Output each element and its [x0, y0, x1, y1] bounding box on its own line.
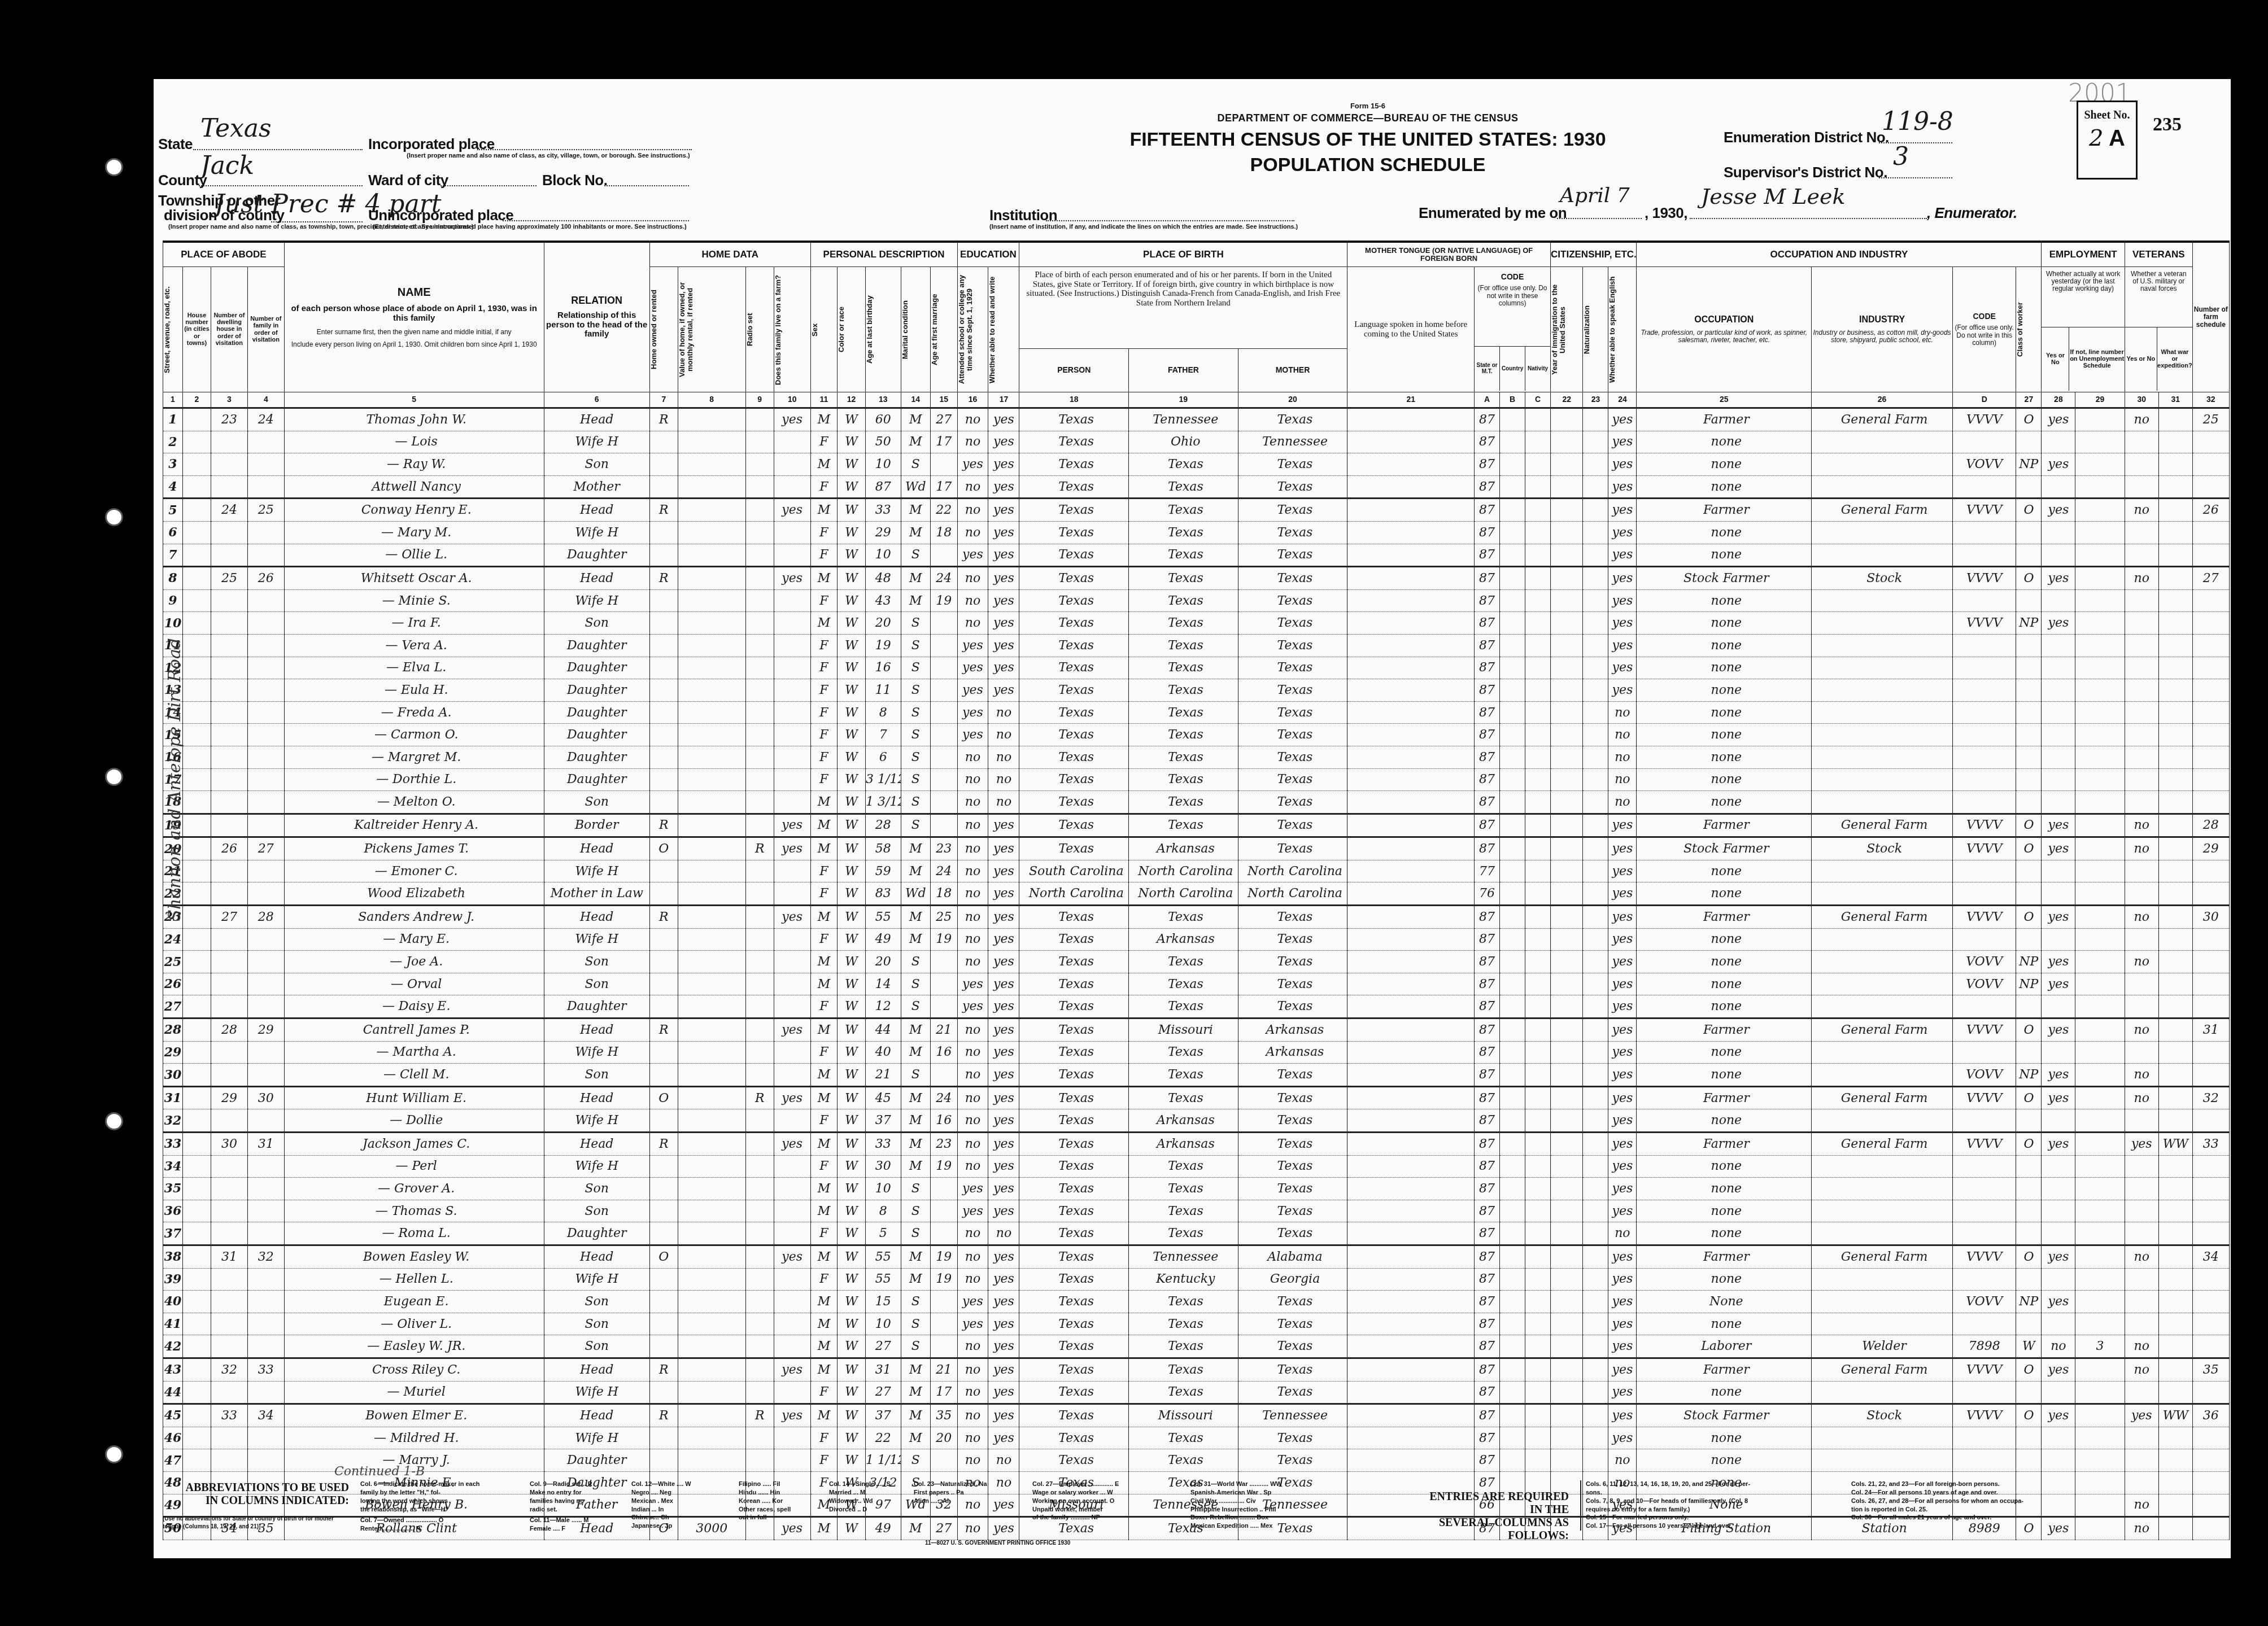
- footer-line: First papers .. Pa: [914, 1489, 987, 1497]
- supervisor-district-label: Supervisor's District No.: [1724, 164, 1887, 181]
- col-27-header: Class of worker: [2016, 271, 2024, 388]
- marital-status: S: [901, 1200, 930, 1222]
- occupation: none: [1637, 1449, 1812, 1472]
- industry-code: VVVV: [1952, 1133, 2016, 1156]
- birthplace-father: Texas: [1129, 1358, 1238, 1381]
- farm: [774, 724, 810, 746]
- relation: Son: [544, 1291, 649, 1313]
- birthplace-person: Texas: [1019, 1086, 1129, 1109]
- employed: [2042, 1109, 2075, 1133]
- birthplace-father: Texas: [1129, 746, 1238, 768]
- farm: [774, 475, 810, 499]
- birthplace-father: Arkansas: [1129, 1109, 1238, 1133]
- war: [2158, 1178, 2192, 1200]
- age-first-marriage: 24: [930, 860, 957, 882]
- radio-set: [745, 408, 774, 431]
- relation: Son: [544, 1064, 649, 1087]
- farm-schedule: [2192, 1041, 2229, 1064]
- unemployment-line: 3: [2075, 1335, 2125, 1358]
- unemployment-line: [2075, 701, 2125, 724]
- empty-cell: [1347, 1268, 1475, 1291]
- industry-code: VVVV: [1952, 1245, 2016, 1268]
- birthplace-mother: Texas: [1238, 475, 1347, 499]
- war: [2158, 701, 2192, 724]
- radio-set: [745, 544, 774, 567]
- family-number: 34: [247, 1404, 284, 1427]
- table-row: 383132Bowen Easley W.HeadOyesMW55M19noye…: [163, 1245, 2230, 1268]
- home-value: [678, 1200, 745, 1222]
- line-number: 44: [163, 1381, 183, 1404]
- occupation: none: [1637, 1155, 1812, 1178]
- column-number: 14: [901, 392, 930, 408]
- empty-cell: [1500, 679, 1525, 702]
- veteran: [2125, 431, 2158, 453]
- birthplace-father: Arkansas: [1129, 928, 1238, 951]
- farm-schedule: [2192, 768, 2229, 791]
- empty-cell: [182, 408, 211, 431]
- occupation: none: [1637, 1109, 1812, 1133]
- table-row: 27— Daisy E.DaughterFW12SyesyesTexasTexa…: [163, 995, 2230, 1019]
- farm: yes: [774, 1019, 810, 1042]
- relation: Wife H: [544, 589, 649, 612]
- school: no: [957, 1086, 988, 1109]
- industry: General Farm: [1812, 1245, 1953, 1268]
- name-header-note1: Enter surname first, then the given name…: [285, 329, 544, 336]
- dwelling-number: [211, 724, 247, 746]
- footer-line: Col. 24—For all persons 10 years of age …: [1851, 1489, 2023, 1497]
- occupation: none: [1637, 791, 1812, 814]
- person-name: — Vera A.: [284, 634, 544, 657]
- dwelling-number: [211, 1041, 247, 1064]
- speaks-english: yes: [1608, 1291, 1637, 1313]
- footer-line: Mexican Expedition ..... Mex: [1190, 1522, 1282, 1531]
- veteran: [2125, 928, 2158, 951]
- birthplace-person: Texas: [1019, 431, 1129, 453]
- empty-cell: [1500, 408, 1525, 431]
- age-first-marriage: 18: [930, 521, 957, 544]
- speaks-english: yes: [1608, 1358, 1637, 1381]
- speaks-english: yes: [1608, 928, 1637, 951]
- industry: [1812, 431, 1953, 453]
- table-row: 14— Freda A.DaughterFW8SyesnoTexasTexasT…: [163, 701, 2230, 724]
- empty-cell: [1551, 860, 1583, 882]
- group-occupation-industry: OCCUPATION AND INDUSTRY: [1637, 242, 2042, 267]
- birthplace-father: Texas: [1129, 499, 1238, 522]
- col-29-header: If not, line number on Unemployment Sche…: [2069, 327, 2124, 391]
- dwelling-number: [211, 1313, 247, 1335]
- relation: Head: [544, 1086, 649, 1109]
- read-write: yes: [988, 431, 1019, 453]
- relation: Daughter: [544, 1449, 649, 1472]
- class-of-worker: [2016, 1178, 2042, 1200]
- empty-cell: [1551, 1381, 1583, 1404]
- department-title: DEPARTMENT OF COMMERCE—BUREAU OF THE CEN…: [1085, 112, 1650, 124]
- school: yes: [957, 1178, 988, 1200]
- person-name: Pickens James T.: [284, 837, 544, 860]
- table-row: 22Wood ElizabethMother in LawFW83Wd18noy…: [163, 882, 2230, 906]
- empty-cell: [1500, 1133, 1525, 1156]
- war: [2158, 453, 2192, 476]
- empty-cell: [1551, 1245, 1583, 1268]
- read-write: yes: [988, 1381, 1019, 1404]
- occupation: Stock Farmer: [1637, 837, 1812, 860]
- veteran: [2125, 882, 2158, 906]
- abbreviations-note: [Use no abbreviations for State or count…: [163, 1515, 349, 1531]
- occupation: none: [1637, 544, 1812, 567]
- school: yes: [957, 1200, 988, 1222]
- institution-note: (Insert name of institution, if any, and…: [989, 224, 1298, 230]
- empty-cell: [1500, 1041, 1525, 1064]
- dwelling-number: [211, 951, 247, 973]
- empty-cell: [1500, 431, 1525, 453]
- war: [2158, 1155, 2192, 1178]
- empty-cell: [1500, 951, 1525, 973]
- footer-line: Widowed .. Wd: [829, 1497, 891, 1506]
- veteran: no: [2125, 906, 2158, 929]
- empty-cell: [1525, 746, 1551, 768]
- relation: Daughter: [544, 746, 649, 768]
- employed: [2042, 768, 2075, 791]
- sheet-number: 2 A: [2078, 125, 2136, 151]
- race: W: [838, 1086, 866, 1109]
- empty-cell: [182, 521, 211, 544]
- home-owned-rented: [649, 589, 678, 612]
- farm-schedule: [2192, 679, 2229, 702]
- family-number: [247, 1178, 284, 1200]
- industry-code: VVVV: [1952, 612, 2016, 635]
- war: [2158, 995, 2192, 1019]
- war: [2158, 1086, 2192, 1109]
- birthplace-father: Texas: [1129, 1427, 1238, 1449]
- birthplace-father: Texas: [1129, 1335, 1238, 1358]
- birthplace-father: Texas: [1129, 1449, 1238, 1472]
- column-number: 25: [1637, 392, 1812, 408]
- race: W: [838, 1381, 866, 1404]
- family-number: [247, 634, 284, 657]
- empty-cell: [1583, 837, 1608, 860]
- farm-schedule: 33: [2192, 1133, 2229, 1156]
- empty-cell: [1525, 679, 1551, 702]
- dwelling-number: 30: [211, 1133, 247, 1156]
- speaks-english: yes: [1608, 1268, 1637, 1291]
- class-of-worker: [2016, 1155, 2042, 1178]
- home-owned-rented: [649, 724, 678, 746]
- read-write: yes: [988, 1358, 1019, 1381]
- col-12-header: Color or race: [838, 271, 845, 388]
- age-first-marriage: 23: [930, 837, 957, 860]
- class-of-worker: O: [2016, 499, 2042, 522]
- read-write: yes: [988, 837, 1019, 860]
- empty-cell: [1583, 567, 1608, 590]
- column-number: 3: [211, 392, 247, 408]
- empty-cell: [1583, 431, 1608, 453]
- read-write: yes: [988, 906, 1019, 929]
- relation: Mother in Law: [544, 882, 649, 906]
- read-write: yes: [988, 589, 1019, 612]
- war: [2158, 1222, 2192, 1245]
- home-owned-rented: [649, 1109, 678, 1133]
- farm-schedule: [2192, 995, 2229, 1019]
- home-value: [678, 657, 745, 679]
- sex: M: [810, 1019, 837, 1042]
- place-of-birth-note: Place of birth of each person enumerated…: [1019, 267, 1347, 349]
- home-owned-rented: [649, 951, 678, 973]
- state-code: 77: [1475, 860, 1500, 882]
- empty-cell: [1583, 1041, 1608, 1064]
- race: W: [838, 951, 866, 973]
- unemployment-line: [2075, 589, 2125, 612]
- sex: M: [810, 814, 837, 837]
- footer-line: Negro .... Neg: [631, 1489, 691, 1497]
- race: W: [838, 499, 866, 522]
- school: no: [957, 431, 988, 453]
- state-code: 87: [1475, 679, 1500, 702]
- occupation: Farmer: [1637, 1019, 1812, 1042]
- binder-hole-icon: [105, 508, 123, 526]
- read-write: yes: [988, 1200, 1019, 1222]
- employed: [2042, 701, 2075, 724]
- home-owned-rented: [649, 1064, 678, 1087]
- state-code: 87: [1475, 814, 1500, 837]
- relation: Head: [544, 837, 649, 860]
- empty-cell: [1500, 1404, 1525, 1427]
- age-first-marriage: 25: [930, 906, 957, 929]
- birthplace-person: Texas: [1019, 768, 1129, 791]
- empty-cell: [1525, 1313, 1551, 1335]
- industry: [1812, 1109, 1953, 1133]
- read-write: yes: [988, 1064, 1019, 1087]
- industry: [1812, 701, 1953, 724]
- industry-code: [1952, 1200, 2016, 1222]
- class-of-worker: [2016, 1313, 2042, 1335]
- veteran: yes: [2125, 1404, 2158, 1427]
- read-write: yes: [988, 567, 1019, 590]
- table-row: 312930Hunt William E.HeadORyesMW45M24noy…: [163, 1086, 2230, 1109]
- empty-cell: [1551, 1335, 1583, 1358]
- occupation: none: [1637, 431, 1812, 453]
- birthplace-father: Texas: [1129, 453, 1238, 476]
- industry-code: VOVV: [1952, 1064, 2016, 1087]
- footer-line: lowing the word which shows: [360, 1497, 480, 1506]
- farm-schedule: 34: [2192, 1245, 2229, 1268]
- industry-code: [1952, 724, 2016, 746]
- empty-cell: [1525, 882, 1551, 906]
- sex: F: [810, 475, 837, 499]
- group-place-of-abode: PLACE OF ABODE: [163, 242, 285, 267]
- class-of-worker: [2016, 521, 2042, 544]
- speaks-english: yes: [1608, 1200, 1637, 1222]
- col-13-header: Age at last birthday: [866, 271, 874, 388]
- farm-schedule: [2192, 1268, 2229, 1291]
- farm-schedule: [2192, 1291, 2229, 1313]
- state-code: 87: [1475, 1133, 1500, 1156]
- family-number: [247, 612, 284, 635]
- radio-set: [745, 475, 774, 499]
- birthplace-person: Texas: [1019, 928, 1129, 951]
- industry: [1812, 791, 1953, 814]
- person-name: Attwell Nancy: [284, 475, 544, 499]
- occupation: none: [1637, 1178, 1812, 1200]
- relation: Head: [544, 1245, 649, 1268]
- occupation: none: [1637, 1268, 1812, 1291]
- column-number: 32: [2192, 392, 2229, 408]
- industry-code: VVVV: [1952, 408, 2016, 431]
- farm: yes: [774, 1086, 810, 1109]
- sex: F: [810, 746, 837, 768]
- birthplace-person: South Carolina: [1019, 860, 1129, 882]
- line-number: 6: [163, 521, 183, 544]
- farm: [774, 860, 810, 882]
- industry-code: [1952, 746, 2016, 768]
- radio-set: [745, 567, 774, 590]
- birthplace-person: Texas: [1019, 724, 1129, 746]
- dwelling-number: 24: [211, 499, 247, 522]
- home-value: [678, 589, 745, 612]
- col-7-header: Home owned or rented: [650, 271, 658, 388]
- family-number: [247, 1155, 284, 1178]
- empty-cell: [1583, 1381, 1608, 1404]
- read-write: yes: [988, 1155, 1019, 1178]
- radio-set: [745, 814, 774, 837]
- state-code: 87: [1475, 995, 1500, 1019]
- column-number: 29: [2075, 392, 2125, 408]
- birthplace-father: Texas: [1129, 657, 1238, 679]
- empty-cell: [1347, 612, 1475, 635]
- empty-cell: [1551, 499, 1583, 522]
- table-row: 37— Roma L.DaughterFW5SnonoTexasTexasTex…: [163, 1222, 2230, 1245]
- industry: Stock: [1812, 837, 1953, 860]
- age: 49: [866, 928, 901, 951]
- col31-note: Col. 31—World War ........... WWSpanish-…: [1190, 1480, 1282, 1531]
- war: [2158, 724, 2192, 746]
- empty-cell: [1583, 1449, 1608, 1472]
- industry: [1812, 1155, 1953, 1178]
- age-first-marriage: [930, 1064, 957, 1087]
- birthplace-person: Texas: [1019, 1109, 1129, 1133]
- relation: Daughter: [544, 657, 649, 679]
- table-row: 433233Cross Riley C.HeadRyesMW31M21noyes…: [163, 1358, 2230, 1381]
- farm-schedule: [2192, 544, 2229, 567]
- home-value: [678, 1381, 745, 1404]
- veteran: [2125, 679, 2158, 702]
- race: W: [838, 1019, 866, 1042]
- war: [2158, 1358, 2192, 1381]
- marital-status: S: [901, 1291, 930, 1313]
- family-number: [247, 1200, 284, 1222]
- empty-cell: [1347, 431, 1475, 453]
- empty-cell: [1583, 679, 1608, 702]
- farm-schedule: [2192, 1313, 2229, 1335]
- state-code: 87: [1475, 1404, 1500, 1427]
- line-number: 5: [163, 499, 183, 522]
- sheet-number-value: 2: [2089, 125, 2103, 151]
- school: no: [957, 1064, 988, 1087]
- state-code: 87: [1475, 589, 1500, 612]
- empty-cell: [182, 431, 211, 453]
- unemployment-line: [2075, 431, 2125, 453]
- empty-cell: [1500, 814, 1525, 837]
- unemployment-line: [2075, 791, 2125, 814]
- occupation: none: [1637, 679, 1812, 702]
- occupation: none: [1637, 701, 1812, 724]
- table-row: 21— Emoner C.Wife HFW59M24noyesSouth Car…: [163, 860, 2230, 882]
- home-owned-rented: [649, 1268, 678, 1291]
- family-number: [247, 791, 284, 814]
- age: 31: [866, 1358, 901, 1381]
- empty-cell: [1551, 1041, 1583, 1064]
- empty-cell: [1583, 1358, 1608, 1381]
- home-owned-rented: [649, 679, 678, 702]
- home-value: [678, 1109, 745, 1133]
- line-number: 10: [163, 612, 183, 635]
- industry: [1812, 882, 1953, 906]
- age-first-marriage: [930, 634, 957, 657]
- empty-cell: [1525, 768, 1551, 791]
- footer-line: out in full: [739, 1514, 791, 1522]
- industry-code: VVVV: [1952, 1404, 2016, 1427]
- state-code: 87: [1475, 1200, 1500, 1222]
- speaks-english: no: [1608, 1222, 1637, 1245]
- industry-code: [1952, 995, 2016, 1019]
- birthplace-father: Texas: [1129, 544, 1238, 567]
- unemployment-line: [2075, 475, 2125, 499]
- table-row: 46— Mildred H.Wife HFW22M20noyesTexasTex…: [163, 1427, 2230, 1449]
- person-name: — Elva L.: [284, 657, 544, 679]
- table-row: 453334Bowen Elmer E.HeadRRyesMW37M35noye…: [163, 1404, 2230, 1427]
- radio-set: [745, 746, 774, 768]
- empty-cell: [1551, 1427, 1583, 1449]
- empty-cell: [1347, 1178, 1475, 1200]
- home-value: [678, 1133, 745, 1156]
- family-number: 27: [247, 837, 284, 860]
- home-owned-rented: R: [649, 1133, 678, 1156]
- table-row: 2— LoisWife HFW50M17noyesTexasOhioTennes…: [163, 431, 2230, 453]
- empty-cell: [1525, 634, 1551, 657]
- farm-schedule: [2192, 1064, 2229, 1087]
- empty-cell: [1500, 634, 1525, 657]
- radio-set: [745, 657, 774, 679]
- empty-cell: [1500, 589, 1525, 612]
- col-26-header: INDUSTRY Industry or business, as cotton…: [1812, 267, 1953, 392]
- farm-schedule: [2192, 1449, 2229, 1472]
- home-owned-rented: [649, 928, 678, 951]
- empty-cell: [1551, 544, 1583, 567]
- war: [2158, 1109, 2192, 1133]
- family-number: [247, 1291, 284, 1313]
- enumeration-district-value: 119-8: [1882, 107, 1953, 136]
- empty-cell: [182, 1245, 211, 1268]
- relation: Wife H: [544, 1427, 649, 1449]
- unemployment-line: [2075, 928, 2125, 951]
- birthplace-person: Texas: [1019, 1133, 1129, 1156]
- school: yes: [957, 701, 988, 724]
- race: W: [838, 1335, 866, 1358]
- employed: yes: [2042, 814, 2075, 837]
- industry-code: [1952, 1268, 2016, 1291]
- empty-cell: [182, 544, 211, 567]
- person-name: — Orval: [284, 973, 544, 995]
- farm: [774, 1155, 810, 1178]
- home-value: [678, 453, 745, 476]
- class-of-worker: [2016, 768, 2042, 791]
- place-of-birth-subheader: Place of birth of each person enumerated…: [1019, 267, 1347, 392]
- person-name: — Lois: [284, 431, 544, 453]
- person-name: — Minie S.: [284, 589, 544, 612]
- age: 8: [866, 1200, 901, 1222]
- radio-set: [745, 1245, 774, 1268]
- column-number: 10: [774, 392, 810, 408]
- home-value: [678, 544, 745, 567]
